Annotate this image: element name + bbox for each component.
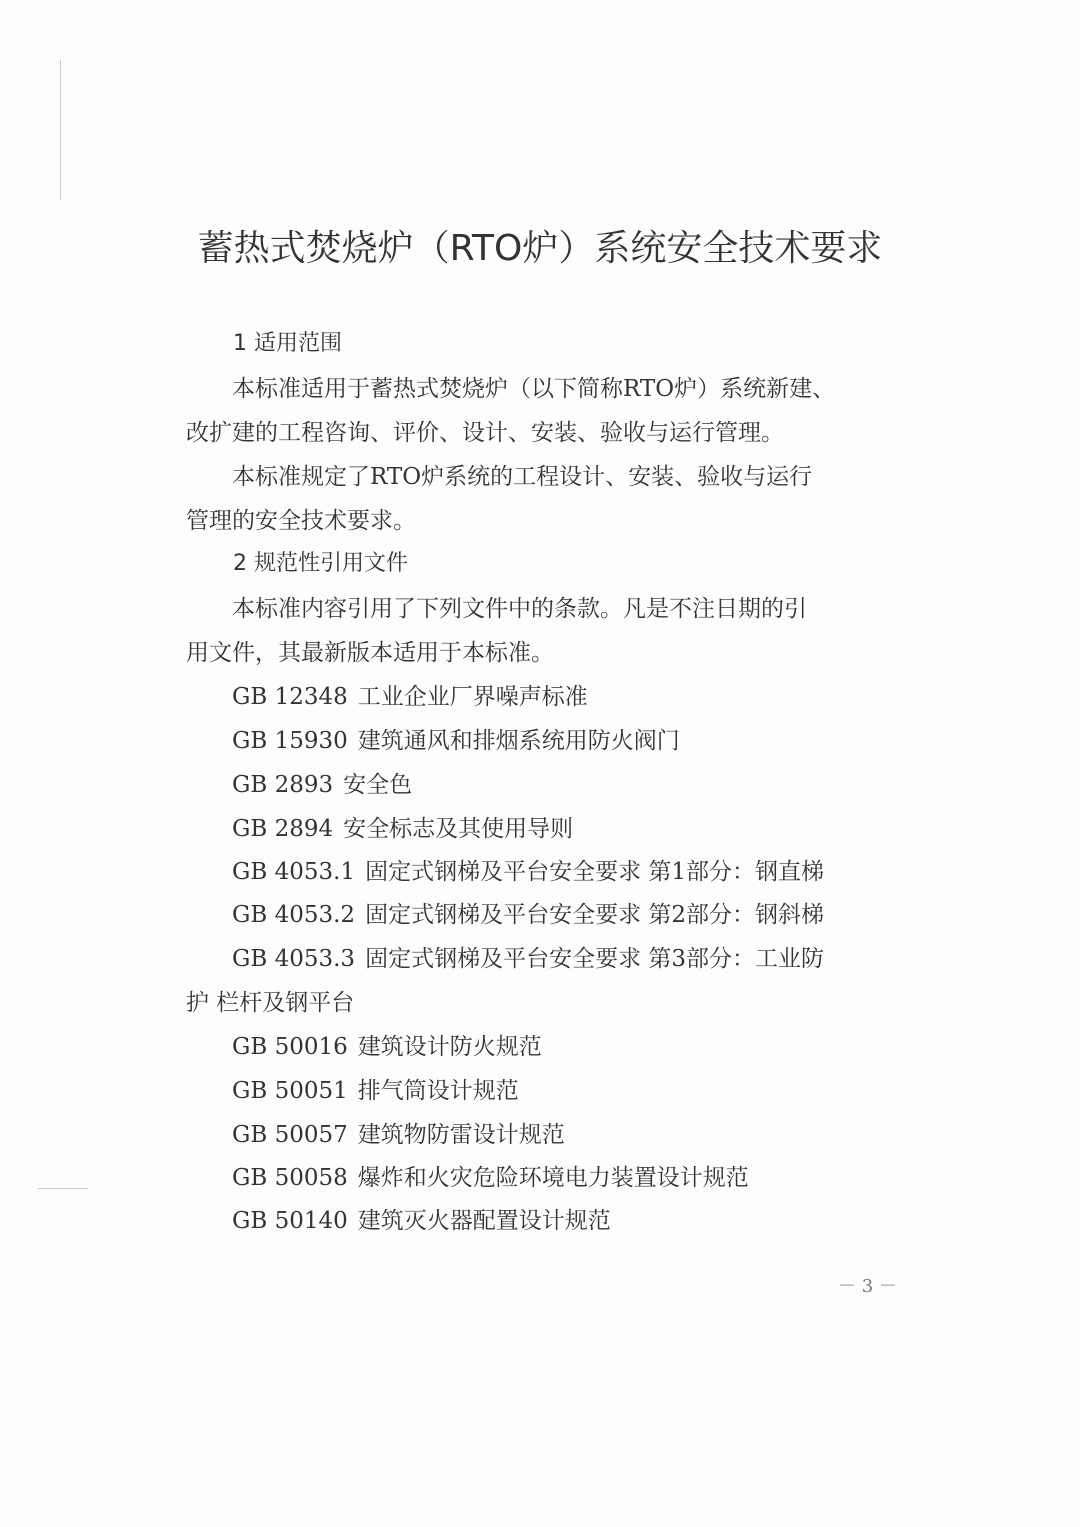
reference-code: GB 50051 — [232, 1078, 348, 1104]
reference-code: GB 2893 — [232, 772, 333, 798]
section-heading-references: 2 规范性引用文件 — [233, 546, 408, 577]
reference-code: GB 50057 — [232, 1122, 348, 1148]
reference-item: GB 12348工业企业厂界噪声标准 — [232, 678, 588, 711]
reference-item: GB 2894安全标志及其使用导则 — [232, 810, 573, 843]
document-page: 蓄热式焚烧炉（RTO炉）系统安全技术要求 1 适用范围 本标准适用于蓄热式焚烧炉… — [0, 0, 1080, 1527]
document-title: 蓄热式焚烧炉（RTO炉）系统安全技术要求 — [0, 220, 1080, 271]
page-number: － 3 － — [838, 1272, 897, 1298]
scan-margin-mark — [38, 1188, 88, 1189]
paragraph-line: 用文件，其最新版本适用于本标准。 — [186, 634, 554, 667]
reference-code: GB 50058 — [232, 1165, 348, 1191]
paragraph-line: 本标准规定了RTO炉系统的工程设计、安装、验收与运行 — [232, 458, 812, 491]
paragraph-line: 本标准适用于蓄热式焚烧炉（以下简称RTO炉）系统新建、 — [232, 370, 835, 403]
reference-item: GB 2893安全色 — [232, 766, 412, 799]
reference-name: 建筑物防雷设计规范 — [358, 1122, 565, 1148]
scan-margin-line — [60, 60, 61, 200]
reference-name: 安全色 — [343, 772, 412, 798]
reference-name: 爆炸和火灾危险环境电力装置设计规范 — [358, 1165, 749, 1191]
reference-item: GB 50057建筑物防雷设计规范 — [232, 1116, 565, 1149]
reference-item: GB 50016建筑设计防火规范 — [232, 1028, 542, 1061]
reference-continuation: 护 栏杆及钢平台 — [186, 984, 354, 1017]
reference-item: GB 50058爆炸和火灾危险环境电力装置设计规范 — [232, 1159, 749, 1192]
reference-name: 安全标志及其使用导则 — [343, 816, 573, 842]
reference-code: GB 50140 — [232, 1208, 348, 1234]
reference-name: 建筑灭火器配置设计规范 — [358, 1208, 611, 1234]
reference-name: 固定式钢梯及平台安全要求 第1部分：钢直梯 — [365, 859, 824, 885]
reference-code: GB 50016 — [232, 1034, 348, 1060]
reference-code: GB 2894 — [232, 816, 333, 842]
reference-name: 工业企业厂界噪声标准 — [358, 684, 588, 710]
reference-code: GB 4053.3 — [232, 946, 355, 972]
reference-code: GB 4053.2 — [232, 902, 355, 928]
reference-name: 固定式钢梯及平台安全要求 第2部分：钢斜梯 — [365, 902, 824, 928]
reference-item: GB 4053.2固定式钢梯及平台安全要求 第2部分：钢斜梯 — [232, 896, 824, 929]
reference-name: 固定式钢梯及平台安全要求 第3部分：工业防 — [365, 946, 824, 972]
reference-name: 建筑通风和排烟系统用防火阀门 — [358, 728, 680, 754]
reference-item: GB 4053.3固定式钢梯及平台安全要求 第3部分：工业防 — [232, 940, 824, 973]
reference-item: GB 15930建筑通风和排烟系统用防火阀门 — [232, 722, 680, 755]
paragraph-line: 管理的安全技术要求。 — [186, 502, 416, 535]
paragraph-line: 本标准内容引用了下列文件中的条款。凡是不注日期的引 — [232, 590, 807, 623]
reference-code: GB 12348 — [232, 684, 348, 710]
reference-code: GB 4053.1 — [232, 859, 355, 885]
section-heading-scope: 1 适用范围 — [233, 326, 342, 357]
paragraph-line: 改扩建的工程咨询、评价、设计、安装、验收与运行管理。 — [186, 414, 784, 447]
reference-item: GB 4053.1固定式钢梯及平台安全要求 第1部分：钢直梯 — [232, 853, 824, 886]
reference-code: GB 15930 — [232, 728, 348, 754]
reference-name: 排气筒设计规范 — [358, 1078, 519, 1104]
reference-item: GB 50140建筑灭火器配置设计规范 — [232, 1202, 611, 1235]
reference-item: GB 50051排气筒设计规范 — [232, 1072, 519, 1105]
reference-name: 建筑设计防火规范 — [358, 1034, 542, 1060]
